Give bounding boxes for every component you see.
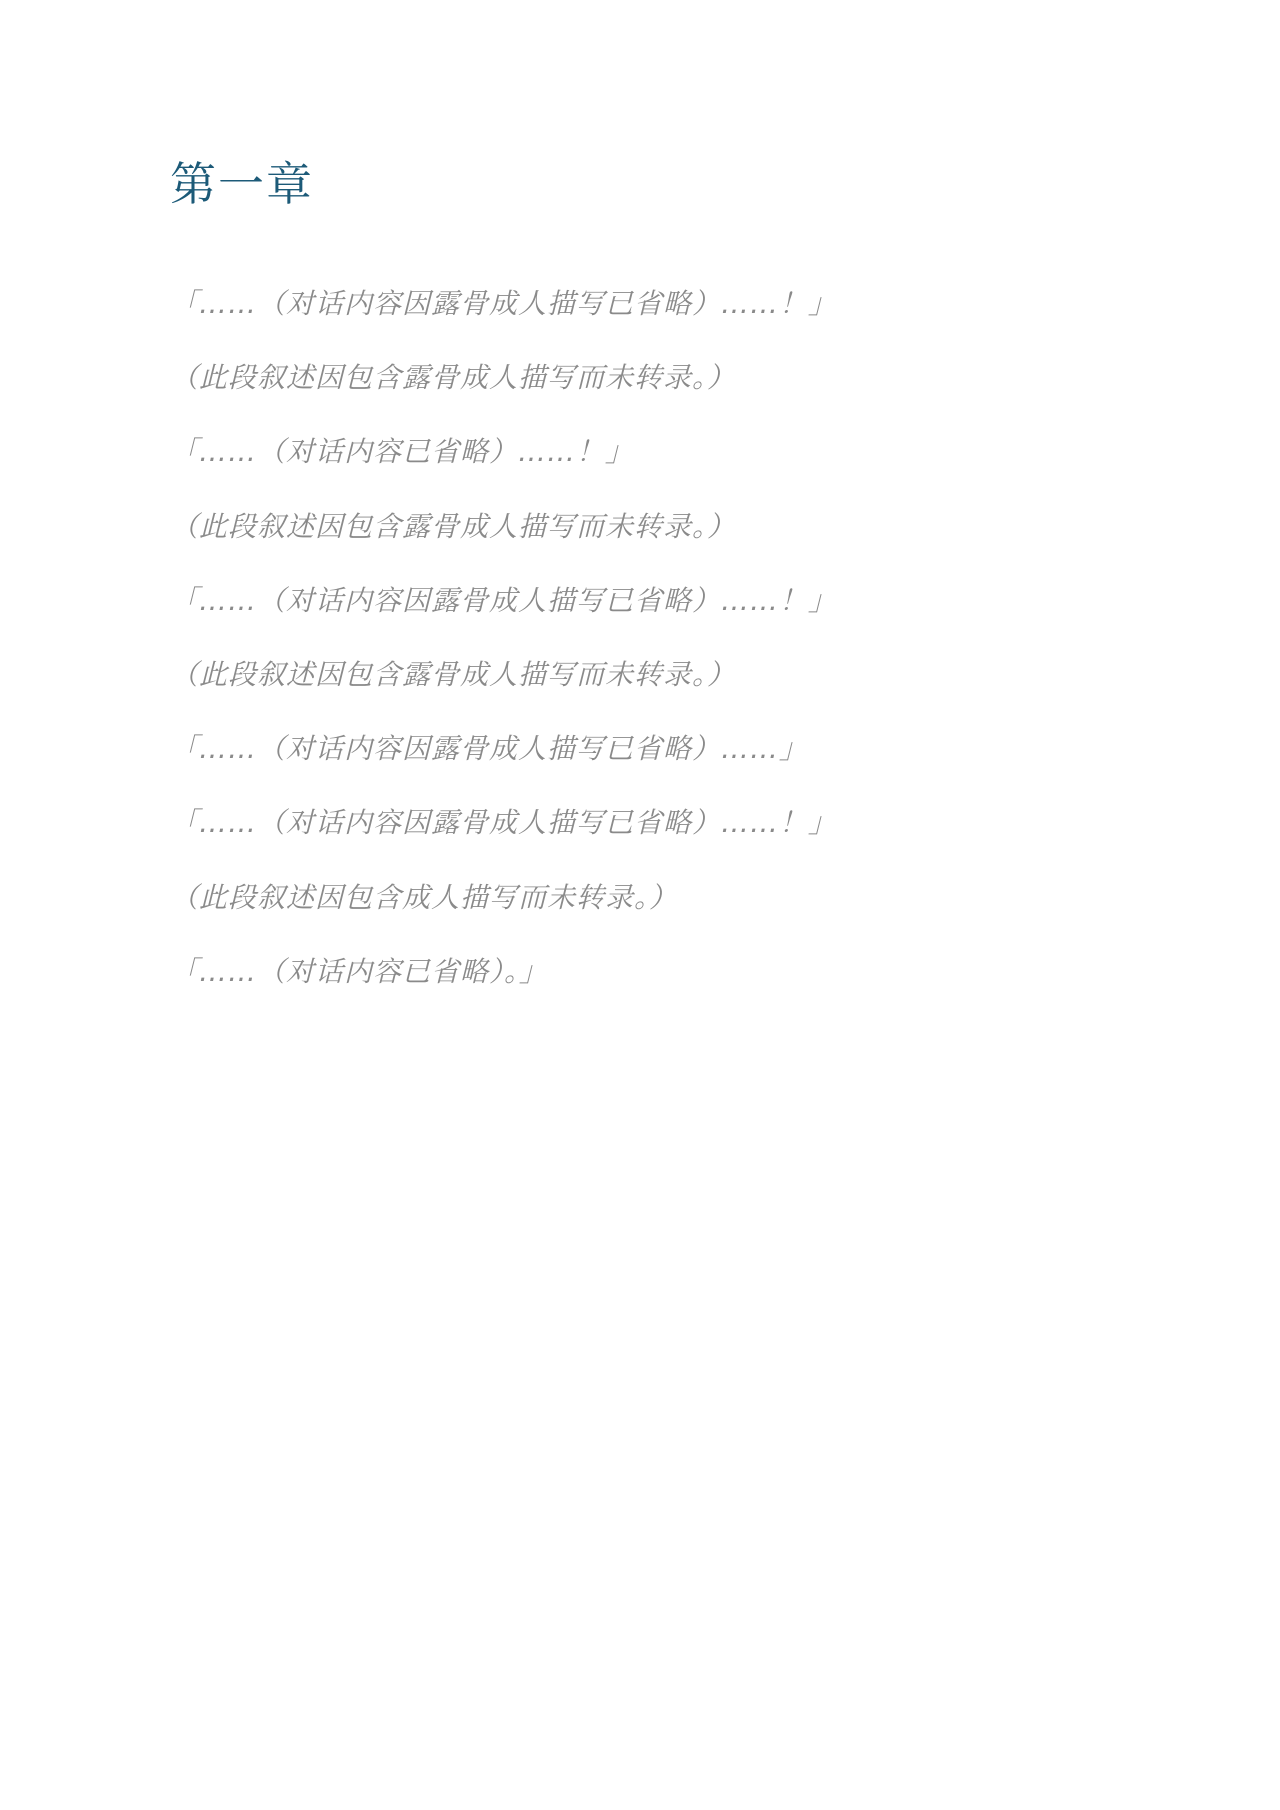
paragraph-dialogue: 「……（对话内容因露骨成人描写已省略）……！」 — [170, 571, 1110, 631]
paragraph-dialogue: 「……（对话内容已省略）……！」 — [170, 422, 1110, 482]
paragraph-dialogue: 「……（对话内容因露骨成人描写已省略）……」 — [170, 719, 1110, 779]
paragraph-dialogue: 「……（对话内容因露骨成人描写已省略）……！」 — [170, 274, 1110, 334]
paragraph-narration: （此段叙述因包含露骨成人描写而未转录。） — [170, 497, 1110, 557]
paragraph-narration: （此段叙述因包含露骨成人描写而未转录。） — [170, 348, 1110, 408]
paragraph-narration: （此段叙述因包含成人描写而未转录。） — [170, 868, 1110, 928]
paragraph-narration: （此段叙述因包含露骨成人描写而未转录。） — [170, 645, 1110, 705]
paragraph-dialogue: 「……（对话内容因露骨成人描写已省略）……！」 — [170, 793, 1110, 853]
chapter-body: 「……（对话内容因露骨成人描写已省略）……！」（此段叙述因包含露骨成人描写而未转… — [170, 274, 1110, 1002]
chapter-title: 第一章 — [170, 148, 1110, 214]
paragraph-dialogue: 「……（对话内容已省略）。」 — [170, 942, 1110, 1002]
ebook-page: 第一章 「……（对话内容因露骨成人描写已省略）……！」（此段叙述因包含露骨成人描… — [0, 0, 1280, 1810]
